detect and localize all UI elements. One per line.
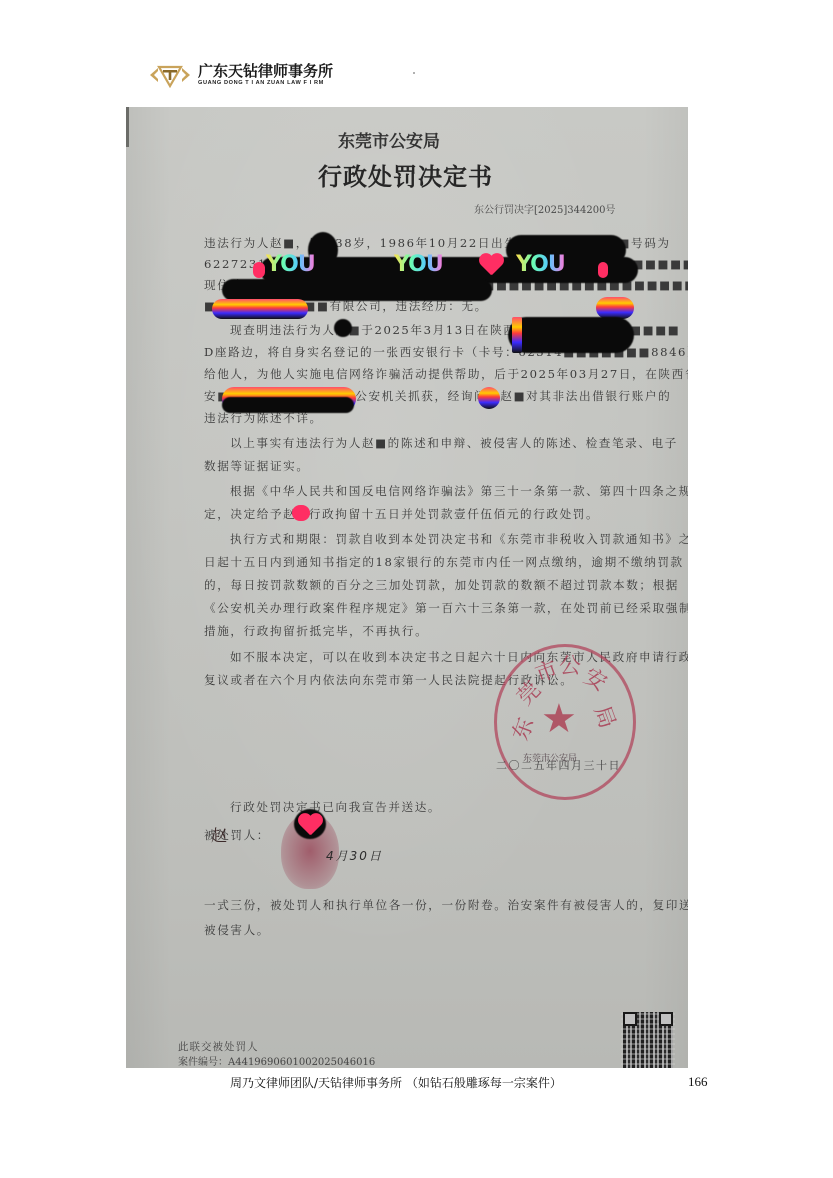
official-seal: 东 莞 市 公 安 局 ★ 东莞市公安局: [494, 644, 636, 800]
body-line: 执行方式和期限：罚款自收到本处罚决定书和《东莞市非税收入罚款通知书》之: [230, 531, 688, 547]
copies-note: 一式三份，被处罚人和执行单位各一份，一份附卷。治安案件有被侵害人的，复印送达: [204, 897, 688, 913]
body-line: 的，每日按罚款数额的百分之三加处罚款，加处罚款的数额不超过罚款本数；根据: [204, 577, 679, 593]
redaction-rainbow: [512, 317, 522, 353]
document-photo: 东莞市公安局 行政处罚决定书 东公行罚决字[2025]344200号 违法行为人…: [126, 107, 688, 1068]
body-line: 如不服本决定，可以在收到本决定书之日起六十日内向东莞市人民政府申请行政: [230, 649, 688, 665]
issuing-authority: 东莞市公安局: [338, 127, 440, 152]
redaction-you-label: YOU: [394, 252, 443, 277]
body-line: 日起十五日内到通知书指定的18家银行的东莞市内任一网点缴纳，逾期不缴纳罚款: [204, 554, 684, 570]
firm-name-en: GUANG DONG T I AN ZUAN LAW F I RM: [198, 81, 333, 87]
redaction-blob: [508, 317, 634, 353]
document-number: 东公行罚决字[2025]344200号: [474, 201, 615, 216]
body-line: 定，决定给予赵■行政拘留十五日并处罚款壹仟伍佰元的行政处罚。: [204, 506, 599, 522]
photo-edge-shadow: [126, 107, 129, 147]
redaction-dot: [253, 262, 265, 278]
body-line: 《公安机关办理行政案件程序规定》第一百六十三条第一款，在处罚前已经采取强制: [204, 600, 688, 616]
handwritten-date: 4月30日: [326, 847, 383, 864]
redaction-you-label: YOU: [266, 252, 315, 277]
copies-note: 被侵害人。: [204, 922, 270, 938]
redaction-dot: [598, 262, 608, 278]
page-number: 166: [688, 1074, 708, 1090]
footer-text: 周乃文律师团队/天钻律师事务所 （如钻石般雕琢每一宗案件）: [230, 1074, 562, 1091]
seal-char: 公: [559, 649, 581, 680]
letterhead: 广东天钻律师事务所 GUANG DONG T I AN ZUAN LAW F I…: [148, 60, 333, 90]
recipient-signature: 赵: [211, 823, 227, 846]
body-line: 以上事实有违法行为人赵■的陈述和申辩、被侵害人的陈述、检查笔录、电子: [230, 435, 678, 451]
redaction-blob: [222, 397, 354, 413]
firm-name-cn: 广东天钻律师事务所: [198, 64, 333, 79]
redaction-rainbow: [212, 299, 308, 319]
header-dot: [413, 72, 415, 74]
redaction-rainbow: [478, 387, 500, 409]
redaction-blob: [334, 319, 352, 337]
issue-date: 二〇二五年四月三十日: [496, 757, 621, 773]
redaction-blob: [222, 279, 492, 301]
body-line: 根据《中华人民共和国反电信网络诈骗法》第三十一条第一款、第四十四条之规: [230, 483, 688, 499]
heart-sticker-icon: [297, 814, 323, 838]
seal-char: 安: [579, 660, 614, 698]
qr-finder: [659, 1012, 673, 1026]
redaction-you-label: YOU: [516, 252, 565, 277]
redaction-rainbow: [596, 297, 634, 319]
case-number: 案件编号：A4419690601002025046016: [178, 1053, 375, 1068]
body-line: 数据等证据证实。: [204, 458, 310, 474]
notice-line: 行政处罚决定书已向我宣告并送达。: [230, 799, 441, 815]
qr-finder: [623, 1012, 637, 1026]
qr-code-icon: [623, 1012, 673, 1068]
redaction-dot: [292, 505, 310, 521]
copy-label: 此联交被处罚人: [178, 1039, 259, 1054]
document-title: 行政处罚决定书: [318, 157, 493, 192]
body-line: 给他人，为他人实施电信网络诈骗活动提供帮助，后于2025年03月27日，在陕西省…: [204, 366, 688, 382]
seal-char: 局: [588, 701, 625, 732]
star-icon: ★: [541, 699, 577, 739]
diamond-t-logo-icon: [148, 62, 192, 88]
body-line: 措施，行政拘留折抵完毕，不再执行。: [204, 623, 428, 639]
seal-char: 东: [504, 713, 541, 744]
heart-sticker-icon: [478, 254, 504, 278]
